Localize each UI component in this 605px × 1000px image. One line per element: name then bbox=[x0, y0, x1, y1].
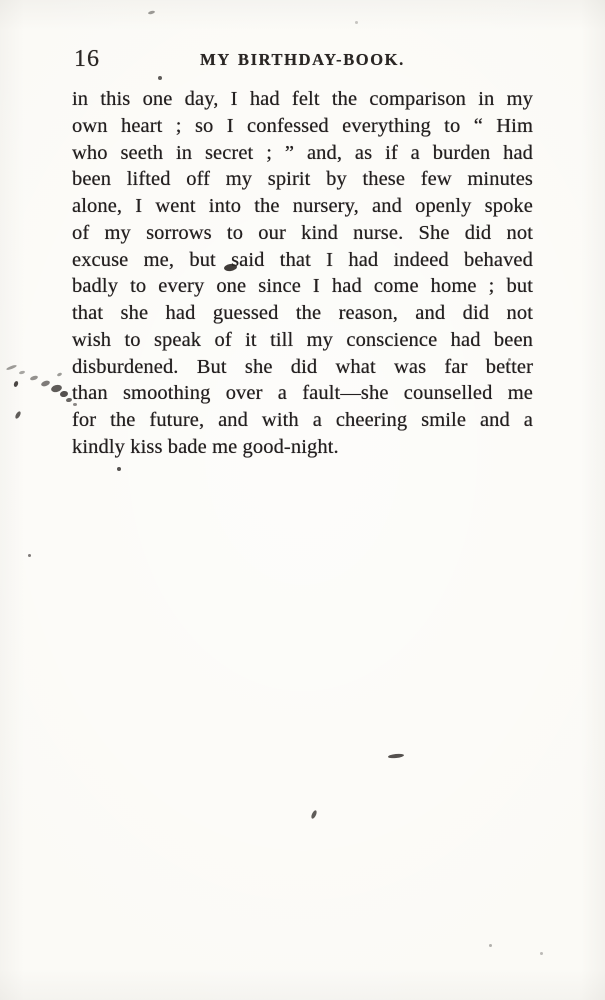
text-line: wish to speak of it till my conscience h… bbox=[72, 327, 533, 354]
ink-stain bbox=[19, 370, 26, 374]
text-line: in this one day, I had felt the comparis… bbox=[72, 86, 533, 113]
ink-stain bbox=[388, 753, 404, 759]
text-line: kindly kiss bade me good-night. bbox=[72, 434, 533, 461]
ink-stain bbox=[30, 375, 39, 381]
running-title: MY BIRTHDAY-BOOK. bbox=[0, 50, 605, 70]
ink-stain bbox=[158, 76, 162, 80]
text-line: that she had guessed the reason, and did… bbox=[72, 300, 533, 327]
text-line: disburdened. But she did what was far be… bbox=[72, 354, 533, 381]
text-line: been lifted off my spirit by these few m… bbox=[72, 166, 533, 193]
ink-stain bbox=[508, 358, 511, 361]
ink-stain bbox=[310, 810, 317, 820]
text-line: own heart ; so I confessed everything to… bbox=[72, 113, 533, 140]
ink-stain bbox=[148, 10, 156, 15]
text-line: badly to every one since I had come home… bbox=[72, 273, 533, 300]
ink-stain bbox=[13, 380, 19, 387]
text-line: excuse me, but said that I had indeed be… bbox=[72, 247, 533, 274]
ink-stain bbox=[57, 372, 63, 377]
ink-stain bbox=[6, 364, 17, 371]
ink-stain bbox=[14, 411, 21, 420]
ink-stain bbox=[540, 952, 543, 955]
ink-stain bbox=[489, 944, 492, 947]
text-line: for the future, and with a cheering smil… bbox=[72, 407, 533, 434]
body-text: in this one day, I had felt the comparis… bbox=[72, 86, 533, 461]
ink-stain bbox=[117, 467, 121, 471]
text-line: who seeth in secret ; ” and, as if a bur… bbox=[72, 140, 533, 167]
ink-stain bbox=[73, 403, 77, 406]
text-line: alone, I went into the nursery, and open… bbox=[72, 193, 533, 220]
page-header: 16 MY BIRTHDAY-BOOK. bbox=[0, 50, 605, 76]
text-line: than smoothing over a fault—she counsell… bbox=[72, 380, 533, 407]
book-page: 16 MY BIRTHDAY-BOOK. in this one day, I … bbox=[0, 0, 605, 1000]
text-line: of my sorrows to our kind nurse. She did… bbox=[72, 220, 533, 247]
ink-stain bbox=[355, 21, 358, 24]
ink-stain bbox=[28, 554, 31, 557]
ink-stain bbox=[60, 390, 69, 397]
ink-stain bbox=[40, 380, 50, 388]
